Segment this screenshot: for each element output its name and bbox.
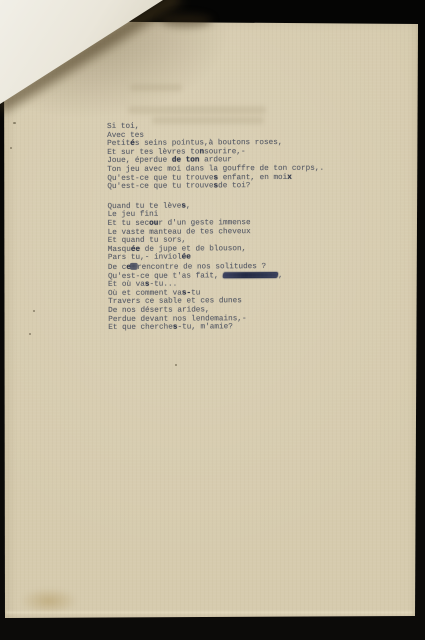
poem-text-segment: Masqu (108, 246, 131, 254)
poem-text-segment: tu (191, 289, 200, 297)
overstruck-text: ou (149, 220, 158, 228)
poem-line: Et que cherches-tu, m'amie? (108, 323, 325, 333)
poem-text-segment: Qu'est-ce que tu trouve (107, 174, 213, 183)
poem-text-segment: Où et comment va (108, 289, 182, 297)
poem-text-segment: r d'un geste immense (158, 219, 250, 228)
poem-text-segment: De c (108, 264, 127, 272)
poem-text-segment: , (186, 202, 191, 210)
poem-text-segment: de jupe et de blouson, (140, 245, 246, 254)
paper-speck (33, 310, 35, 312)
overstruck-text: ée (131, 246, 140, 254)
ghost-text-smudge (128, 106, 266, 114)
poem-text-segment: de toi? (218, 182, 250, 190)
poem-text-segment: Qu'est-ce que t'as fait, (108, 272, 223, 281)
poem-text-segment: -tu, m'amie? (177, 323, 232, 331)
poem-text-segment: Et sur tes lèvres to (107, 148, 199, 157)
poem-text-segment: De nos déserts arides, (108, 306, 210, 315)
poem-line: Qu'est-ce que tu trouvesde toi? (107, 182, 324, 192)
poem-text-segment: Travers ce sable et ces dunes (108, 297, 242, 306)
photograph-background: Si toi,Avec tesPetités seins pointus,à b… (0, 0, 425, 640)
page-bottom-edge-highlight (6, 611, 413, 614)
overlapping-page-shadow (160, 14, 212, 27)
overstruck-text: ée (182, 254, 191, 262)
poem-text-segment: enfant, en moi (218, 173, 287, 181)
poem-text-segment: Le vaste manteau de tes cheveux (108, 228, 251, 237)
poem-text-segment: Et tu sec (108, 220, 150, 228)
ink-blot (130, 263, 138, 270)
poem-stanza: Si toi,Avec tesPetités seins pointus,à b… (107, 122, 324, 192)
poem-stanza: Quand tu te lèves,Le jeu finiEt tu secou… (107, 201, 325, 332)
poem-text-segment: -tu... (149, 281, 177, 289)
overstruck-text: de (172, 157, 181, 165)
poem-text-segment: ardeur (200, 157, 232, 165)
ghost-text-smudge (130, 84, 182, 91)
poem-text-segment: s seins pointus,à boutons roses, (135, 139, 283, 148)
poem-text-segment: sourire,- (204, 148, 246, 156)
poem-text-segment: Pars tu,- inviol (108, 254, 182, 262)
poem-text-segment: , (278, 271, 283, 279)
poem: Si toi,Avec tesPetités seins pointus,à b… (107, 122, 325, 333)
poem-text-segment: Qu'est-ce que tu trouve (107, 183, 213, 192)
poem-text-segment: Si toi, (107, 123, 139, 131)
poem-text-segment: Avec tes (107, 131, 144, 139)
poem-text-segment: Et que cherche (108, 324, 173, 332)
paper-speck (13, 122, 16, 124)
poem-text-segment: Joue, éperdue (107, 157, 172, 165)
overstruck-text: s- (182, 289, 191, 297)
poem-text-segment: Le jeu fini (108, 211, 159, 219)
paper-speck (29, 333, 31, 335)
overstruck-text: x (287, 173, 292, 181)
paper-speck (10, 147, 12, 149)
poem-text-segment: Et quand tu sors, (108, 237, 186, 245)
overstruck-text: ton (186, 157, 200, 165)
paper-speck (175, 364, 177, 366)
poem-text-segment: Petit (107, 140, 130, 148)
typewritten-page: Si toi,Avec tesPetités seins pointus,à b… (0, 0, 425, 640)
poem-text-segment: Quand tu te lève (107, 202, 181, 210)
poem-text-segment: Et où va (108, 281, 145, 289)
struck-out-word (223, 271, 279, 277)
poem-text-segment: rencontre de nos solitudes ? (137, 263, 266, 272)
poem-text-segment: Perdue devant nos lendemains,- (108, 315, 246, 324)
